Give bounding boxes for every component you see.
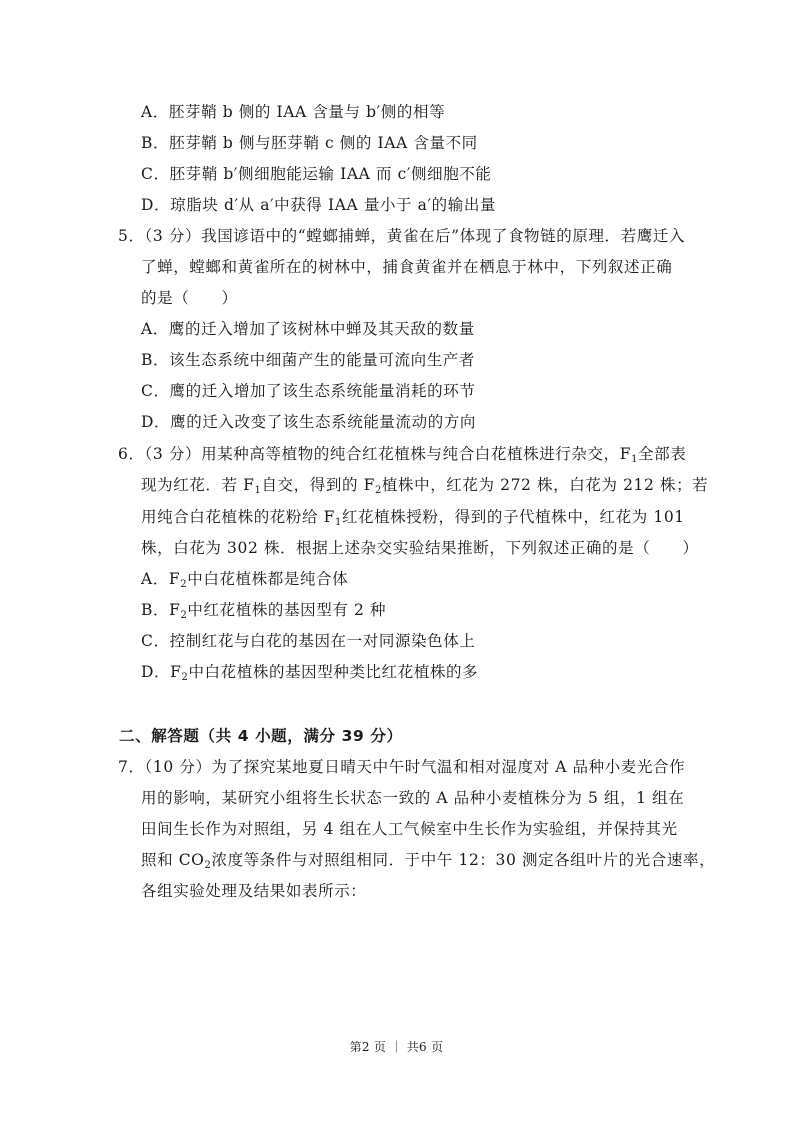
text: D．F bbox=[141, 663, 181, 681]
q5-option-b: B．该生态系统中细菌产生的能量可流向生产者 bbox=[141, 350, 475, 370]
text: 全部表 bbox=[638, 445, 686, 463]
text: A．F bbox=[141, 570, 180, 588]
subscript: 1 bbox=[631, 454, 638, 465]
q6-option-a: A．F2中白花植株都是纯合体 bbox=[141, 569, 348, 589]
q6-option-c: C．控制红花与白花的基因在一对同源染色体上 bbox=[141, 631, 475, 651]
subscript: 1 bbox=[335, 517, 342, 528]
text: 自交，得到的 F bbox=[261, 476, 374, 494]
text: 中红花植株的基因型有 2 种 bbox=[187, 601, 386, 619]
text: 浓度等条件与对照组相同．于中午 12：30 测定各组叶片的光合速率， bbox=[211, 851, 715, 869]
q5-option-a: A．鹰的迁入增加了该树林中蝉及其天敌的数量 bbox=[141, 319, 475, 339]
q4-option-b: B．胚芽鞘 b 侧与胚芽鞘 c 侧的 IAA 含量不同 bbox=[141, 133, 478, 153]
q4-option-d: D．琼脂块 d′从 a′中获得 IAA 量小于 a′的输出量 bbox=[141, 195, 496, 215]
q7-stem-line-5: 各组实验处理及结果如表所示： bbox=[141, 881, 366, 901]
q6-stem-line-2: 现为红花．若 F1自交，得到的 F2植株中，红花为 272 株，白花为 212 … bbox=[141, 475, 708, 495]
q6-option-b: B．F2中红花植株的基因型有 2 种 bbox=[141, 600, 386, 620]
q6-stem-line-1: 6．（3 分）用某种高等植物的纯合红花植株与纯合白花植株进行杂交，F1全部表 bbox=[118, 444, 686, 464]
text: 6．（3 分）用某种高等植物的纯合红花植株与纯合白花植株进行杂交，F bbox=[118, 445, 631, 463]
text: 红花植株授粉，得到的子代植株中，红花为 101 bbox=[342, 508, 685, 526]
text: 中白花植株都是纯合体 bbox=[187, 570, 348, 588]
section-2-heading: 二、解答题（共 4 小题，满分 39 分） bbox=[119, 724, 403, 746]
q6-stem-line-4: 株，白花为 302 株．根据上述杂交实验结果推断，下列叙述正确的是（ ） bbox=[141, 538, 699, 558]
q5-option-c: C．鹰的迁入增加了该生态系统能量消耗的环节 bbox=[141, 381, 475, 401]
q7-stem-line-1: 7．（10 分）为了探究某地夏日晴天中午时气温和相对湿度对 A 品种小麦光合作 bbox=[118, 757, 685, 777]
q4-option-a: A．胚芽鞘 b 侧的 IAA 含量与 b′侧的相等 bbox=[141, 102, 445, 122]
subscript: 2 bbox=[375, 485, 382, 496]
q5-stem-line-1: 5．（3 分）我国谚语中的“螳螂捕蝉，黄雀在后”体现了食物链的原理．若鹰迁入 bbox=[118, 226, 685, 246]
q5-stem-line-2: 了蝉，螳螂和黄雀所在的树林中，捕食黄雀并在栖息于林中，下列叙述正确 bbox=[141, 257, 672, 277]
q4-option-c: C．胚芽鞘 b′侧细胞能运输 IAA 而 c′侧细胞不能 bbox=[141, 164, 492, 184]
q7-stem-line-4: 照和 CO2浓度等条件与对照组相同．于中午 12：30 测定各组叶片的光合速率， bbox=[141, 850, 715, 870]
text: 中白花植株的基因型种类比红花植株的多 bbox=[188, 663, 478, 681]
text: 用纯合白花植株的花粉给 F bbox=[141, 508, 335, 526]
q5-option-d: D．鹰的迁入改变了该生态系统能量流动的方向 bbox=[141, 412, 476, 432]
q7-stem-line-2: 用的影响，某研究小组将生长状态一致的 A 品种小麦植株分为 5 组，1 组在 bbox=[141, 788, 684, 808]
q6-stem-line-3: 用纯合白花植株的花粉给 F1红花植株授粉，得到的子代植株中，红花为 101 bbox=[141, 507, 685, 527]
q6-option-d: D．F2中白花植株的基因型种类比红花植株的多 bbox=[141, 662, 478, 682]
text: 现为红花．若 F bbox=[141, 476, 254, 494]
text: B．F bbox=[141, 601, 180, 619]
text: 照和 CO bbox=[141, 851, 205, 869]
q5-stem-line-3: 的是（ ） bbox=[141, 288, 238, 308]
page-footer: 第2 页 ｜ 共6 页 bbox=[0, 1038, 793, 1055]
q7-stem-line-3: 田间生长作为对照组，另 4 组在人工气候室中生长作为实验组，并保持其光 bbox=[141, 819, 678, 839]
text: 植株中，红花为 272 株，白花为 212 株；若 bbox=[382, 476, 708, 494]
